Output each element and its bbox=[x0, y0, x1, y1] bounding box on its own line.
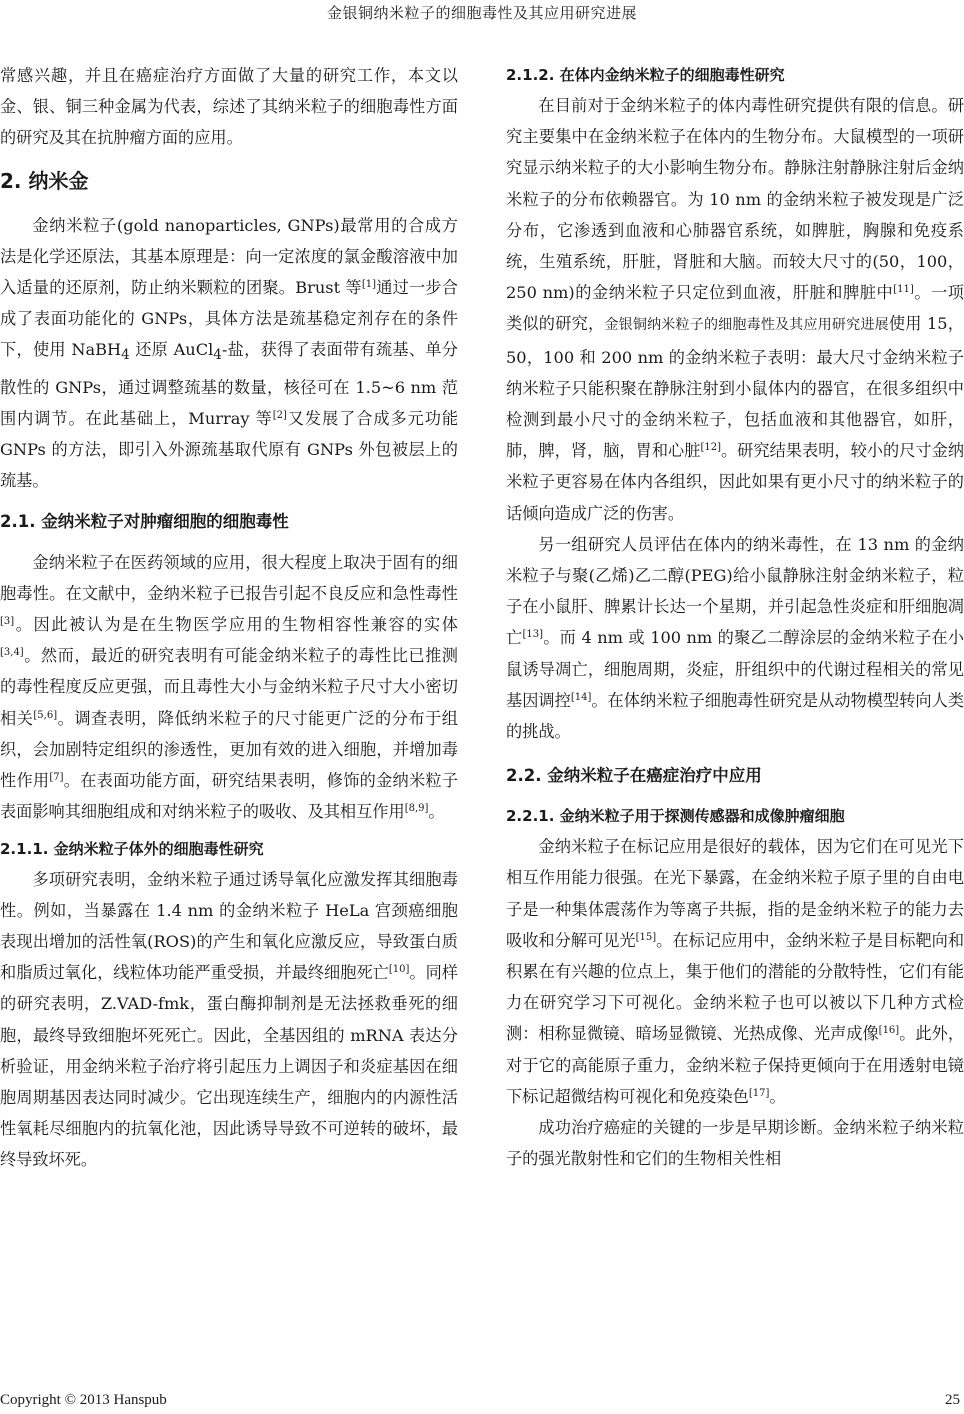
citation[interactable]: [11] bbox=[893, 284, 914, 295]
citation[interactable]: [14] bbox=[571, 692, 592, 703]
citation[interactable]: [13] bbox=[522, 629, 543, 640]
section-2-1-heading: 2.1. 金纳米粒子对肿瘤细胞的细胞毒性 bbox=[0, 507, 458, 537]
citation[interactable]: [1] bbox=[362, 279, 376, 290]
footer-copyright: Copyright © 2013 Hanspub bbox=[0, 1392, 167, 1409]
citation[interactable]: [16] bbox=[879, 1025, 900, 1036]
citation[interactable]: [3] bbox=[0, 616, 14, 627]
citation[interactable]: [17] bbox=[749, 1088, 770, 1099]
running-header: 金银铜纳米粒子的细胞毒性及其应用研究进展 bbox=[0, 2, 964, 23]
citation[interactable]: [7] bbox=[49, 772, 63, 783]
section-2-1-1-heading: 2.1.1. 金纳米粒子体外的细胞毒性研究 bbox=[0, 834, 458, 864]
section-2-1-1-paragraph: 多项研究表明，金纳米粒子通过诱导氧化应激发挥其细胞毒性。例如，当暴露在 1.4 … bbox=[0, 864, 458, 1176]
page-number: 25 bbox=[945, 1392, 960, 1409]
citation[interactable]: [15] bbox=[636, 932, 657, 943]
section-2-2-1-paragraph-2: 成功治疗癌症的关键的一步是早期诊断。金纳米粒子纳米粒子的强光散射性和它们的生物相… bbox=[506, 1112, 964, 1174]
section-2-1-2-heading: 2.1.2. 在体内金纳米粒子的细胞毒性研究 bbox=[506, 60, 964, 90]
citation[interactable]: [12] bbox=[700, 442, 721, 453]
section-2-1-2-paragraph-1: 在目前对于金纳米粒子的体内毒性研究提供有限的信息。研究主要集中在金纳米粒子在体内… bbox=[506, 90, 964, 529]
citation[interactable]: [8,9] bbox=[405, 803, 429, 814]
section-2-1-paragraph: 金纳米粒子在医药领域的应用，很大程度上取决于固有的细胞毒性。在文献中，金纳米粒子… bbox=[0, 547, 458, 828]
left-column: 常感兴趣，并且在癌症治疗方面做了大量的研究工作，本文以金、银、铜三种金属为代表，… bbox=[0, 60, 458, 1176]
citation[interactable]: [3,4] bbox=[0, 647, 24, 658]
section-2-heading: 2. 纳米金 bbox=[0, 164, 458, 198]
section-2-2-1-paragraph-1: 金纳米粒子在标记应用是很好的载体，因为它们在可见光下相互作用能力很强。在光下暴露… bbox=[506, 831, 964, 1112]
section-2-paragraph: 金纳米粒子(gold nanoparticles, GNPs)最常用的合成方法是… bbox=[0, 210, 458, 497]
citation[interactable]: [2] bbox=[273, 410, 287, 421]
section-2-2-heading: 2.2. 金纳米粒子在癌症治疗中应用 bbox=[506, 761, 964, 791]
citation[interactable]: [10] bbox=[389, 964, 410, 975]
intro-paragraph-tail: 常感兴趣，并且在癌症治疗方面做了大量的研究工作，本文以金、银、铜三种金属为代表，… bbox=[0, 60, 458, 154]
section-2-2-1-heading: 2.2.1. 金纳米粒子用于探测传感器和成像肿瘤细胞 bbox=[506, 801, 964, 831]
right-column: 2.1.2. 在体内金纳米粒子的细胞毒性研究 在目前对于金纳米粒子的体内毒性研究… bbox=[506, 60, 964, 1175]
section-2-1-2-paragraph-2: 另一组研究人员评估在体内的纳米毒性，在 13 nm 的金纳米粒子与聚(乙烯)乙二… bbox=[506, 529, 964, 747]
citation[interactable]: [5,6] bbox=[33, 710, 57, 721]
